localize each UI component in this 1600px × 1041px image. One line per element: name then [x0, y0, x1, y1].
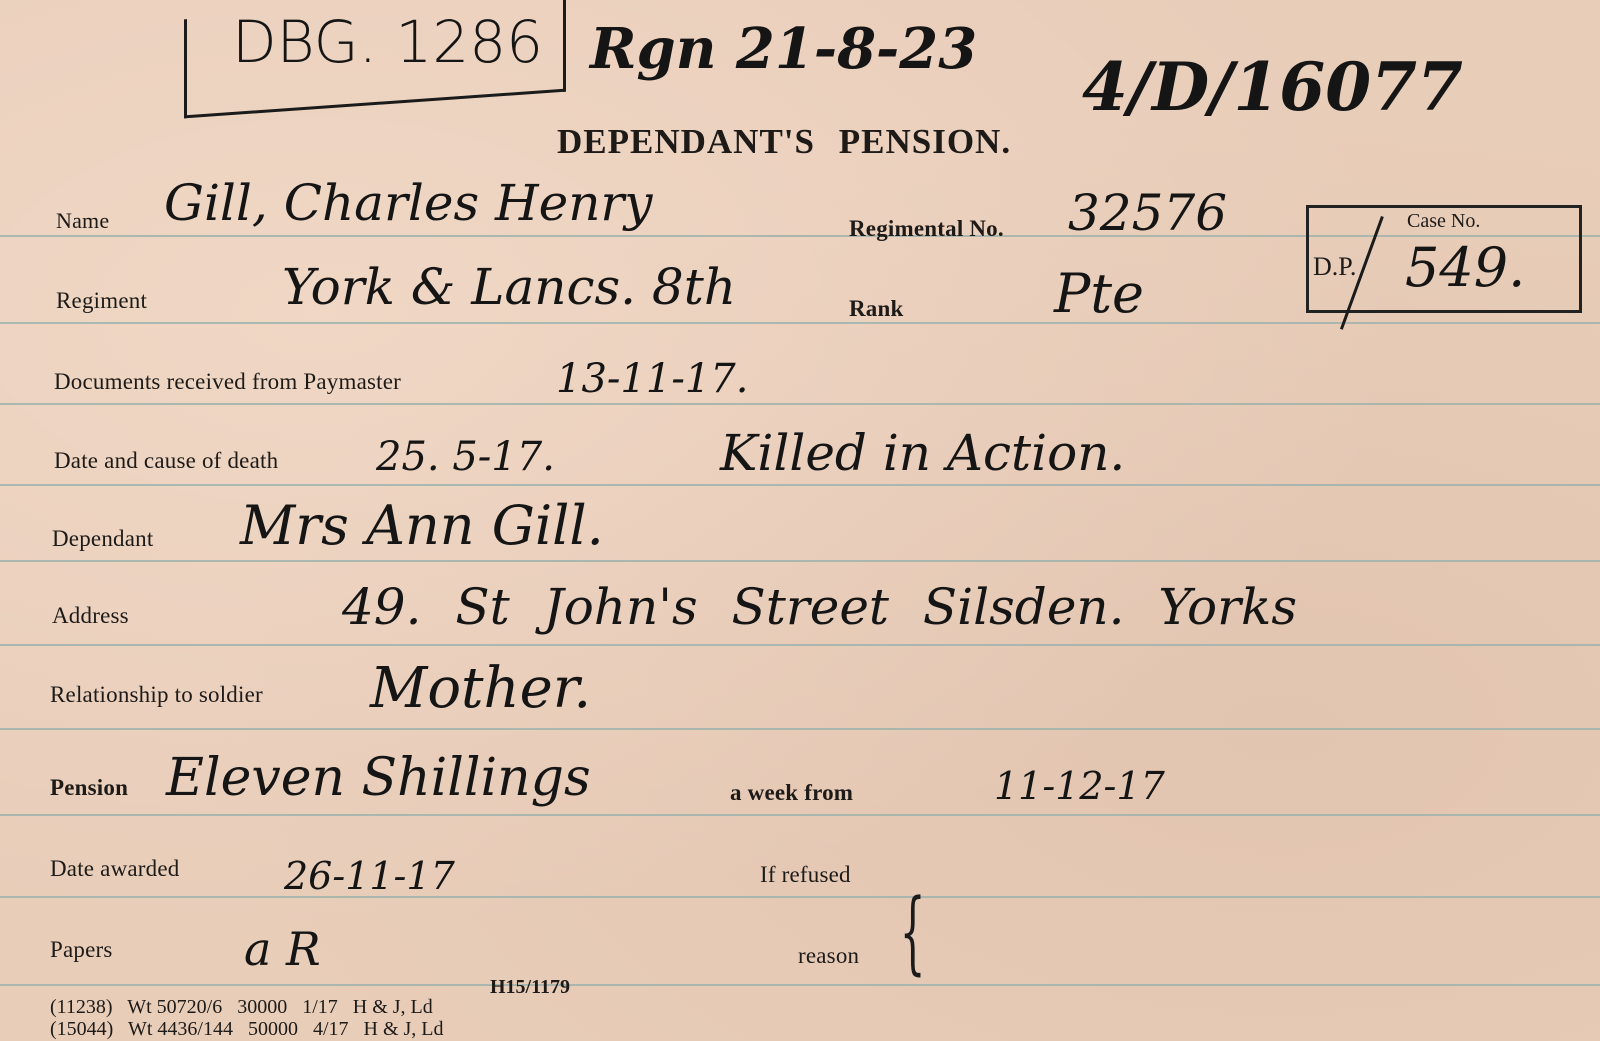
pension-record-card: DBG. 1286 Rgn 21-8-23 4/D/16077 DEPENDAN…	[0, 0, 1600, 1041]
brace-mark: {	[900, 888, 926, 978]
form-code: H15/1179	[490, 976, 570, 999]
death-label: Date and cause of death	[54, 448, 278, 474]
regimental-no-value: 32576	[1068, 184, 1227, 242]
print-line-2: (15044) Wt 4436/144 50000 4/17 H & J, Ld	[50, 1018, 444, 1041]
case-number: 549.	[1405, 236, 1525, 299]
address-value: 49. St John's Street Silsden. Yorks	[342, 578, 1297, 636]
ruled-line	[0, 322, 1600, 324]
pension-value: Eleven Shillings	[166, 748, 591, 808]
documents-received-value: 13-11-17.	[556, 356, 748, 402]
case-number-box: Case No. D.P. 549.	[1306, 205, 1582, 313]
dependant-label: Dependant	[52, 526, 153, 552]
page-title: DEPENDANT'S PENSION.	[557, 122, 1011, 162]
case-no-label: Case No.	[1407, 210, 1480, 233]
regiment-value: York & Lancs. 8th	[282, 258, 736, 316]
registration-note: Rgn 21-8-23	[590, 16, 977, 82]
reference-number: 4/D/16077	[1082, 48, 1463, 126]
ruled-line	[0, 644, 1600, 646]
rank-value: Pte	[1054, 262, 1144, 325]
file-ref: DBG. 1286	[232, 8, 543, 76]
reason-label: reason	[798, 943, 859, 969]
ruled-line	[0, 484, 1600, 486]
death-cause: Killed in Action.	[720, 424, 1125, 482]
papers-value: a R	[244, 922, 321, 976]
date-awarded-value: 26-11-17	[284, 854, 455, 898]
regiment-label: Regiment	[56, 288, 147, 314]
name-label: Name	[56, 208, 109, 234]
relationship-value: Mother.	[370, 656, 591, 721]
ruled-line	[0, 984, 1600, 986]
name-value: Gill, Charles Henry	[164, 174, 653, 232]
date-awarded-label: Date awarded	[50, 856, 179, 882]
pension-label: Pension	[50, 775, 128, 801]
print-line-1: (11238) Wt 50720/6 30000 1/17 H & J, Ld	[50, 996, 433, 1019]
documents-received-label: Documents received from Paymaster	[54, 369, 401, 395]
ruled-line	[0, 560, 1600, 562]
dependant-value: Mrs Ann Gill.	[240, 494, 604, 557]
pension-from-date: 11-12-17	[994, 764, 1165, 808]
case-prefix: D.P.	[1313, 252, 1356, 282]
regimental-no-label: Regimental No.	[849, 216, 1004, 242]
relationship-label: Relationship to soldier	[50, 682, 263, 708]
address-label: Address	[52, 603, 129, 629]
death-date: 25. 5-17.	[376, 434, 555, 480]
ruled-line	[0, 814, 1600, 816]
ruled-line	[0, 403, 1600, 405]
ruled-line	[0, 896, 1600, 898]
papers-label: Papers	[50, 937, 113, 963]
if-refused-label: If refused	[760, 862, 851, 888]
rank-label: Rank	[849, 296, 904, 322]
ruled-line	[0, 728, 1600, 730]
week-from-label: a week from	[730, 780, 853, 806]
